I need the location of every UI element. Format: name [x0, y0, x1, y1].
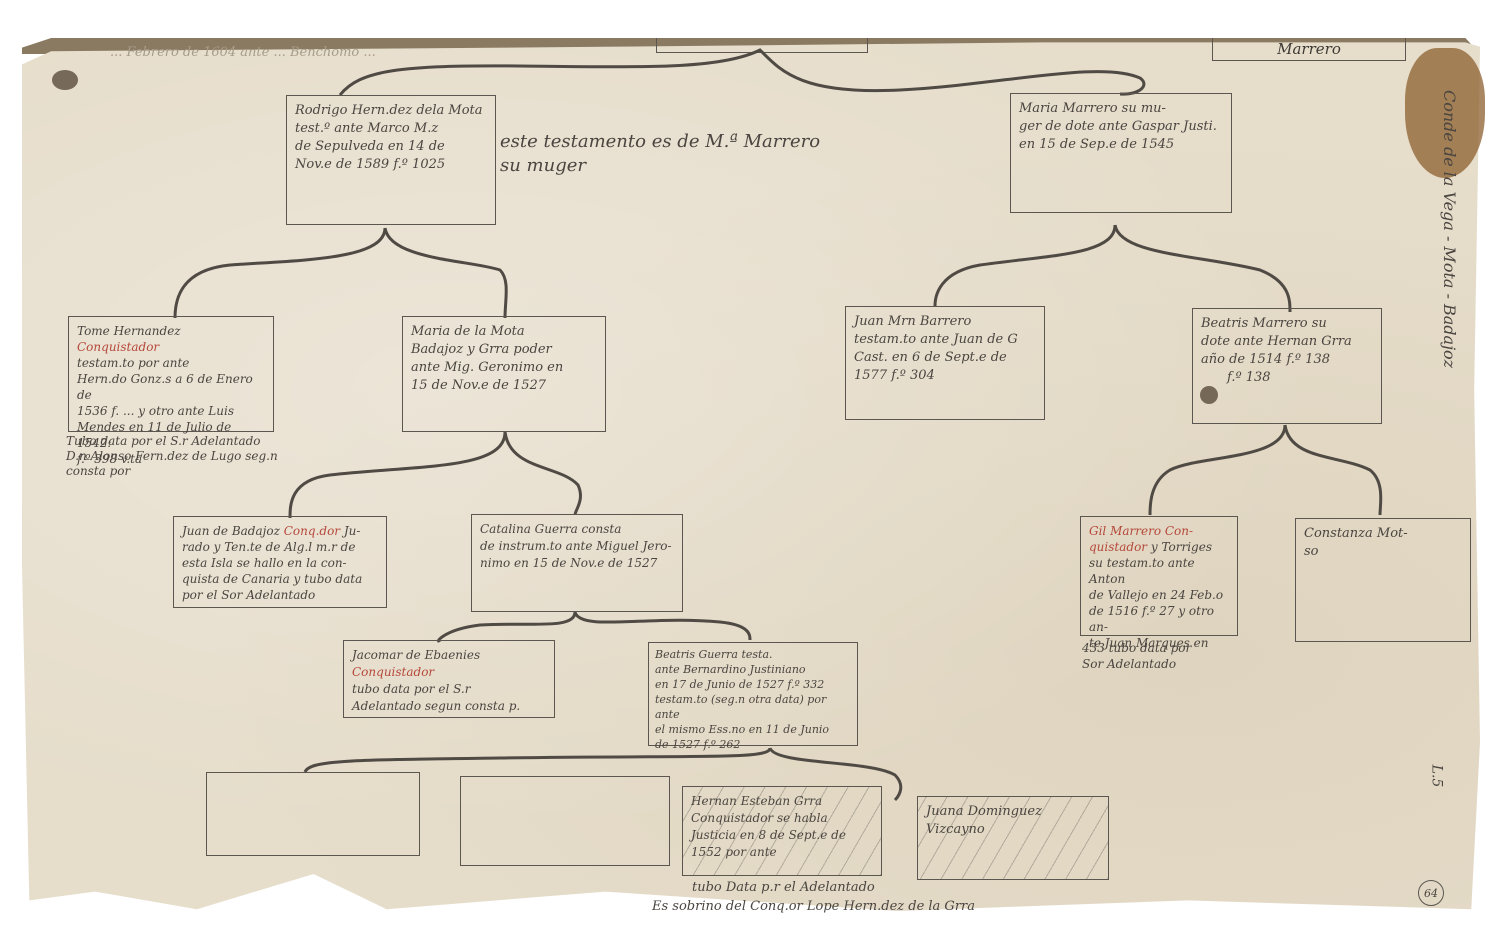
node-beatris-marrero: Beatris Marrero su dote ante Hernan Grra…	[1192, 308, 1382, 424]
node-juana-dominguez: Juana Dominguez Vizcayno	[917, 796, 1109, 880]
folio-mark: L.5	[1428, 765, 1444, 788]
page-number: 64	[1418, 880, 1444, 906]
node-maria-mota: Maria de la Mota Badajoz y Grra poder an…	[402, 316, 606, 432]
node-blank-1	[206, 772, 420, 856]
node-beatris-guerra: Beatris Guerra testa. ante Bernardino Ju…	[648, 642, 858, 746]
node-jacomar: Jacomar de Ebaenies Conquistador tubo da…	[343, 640, 555, 718]
note-gil-marrero: 433 tubo data por Sor Adelantado	[1082, 640, 1191, 672]
node-tome-hernandez: Tome Hernandez Conquistador testam.to po…	[68, 316, 274, 432]
node-blank-2	[460, 776, 670, 866]
note-tome: Tubo data por el S.r Adelantado D.n Alon…	[66, 434, 278, 479]
node-maria-marrero: Maria Marrero su mu- ger de dote ante Ga…	[1010, 93, 1232, 213]
side-note-vertical: Conde de la Vega - Mota - Badajoz	[1440, 90, 1459, 368]
ink-blot	[1200, 386, 1218, 404]
node-constanza: Constanza Mot- so	[1295, 518, 1471, 642]
node-juan-marrero: Juan Mrn Barrero testam.to ante Juan de …	[845, 306, 1045, 420]
node-rodrigo: Rodrigo Hern.dez dela Mota test.º ante M…	[286, 95, 496, 225]
node-catalina-guerra: Catalina Guerra consta de instrum.to ant…	[471, 514, 683, 612]
node-juan-badajoz: Juan de Badajoz Conq.dor Ju- rado y Ten.…	[173, 516, 387, 608]
center-annotation: este testamento es de M.ª Marrero su mug…	[500, 130, 820, 178]
node-gil-marrero: Gil Marrero Con- quistador y Torriges su…	[1080, 516, 1238, 636]
note-hernan-esteban: tubo Data p.r el Adelantado Es sobrino d…	[680, 878, 975, 916]
node-hernan-esteban: Hernan Esteban Grra Conquistador se habl…	[682, 786, 882, 876]
